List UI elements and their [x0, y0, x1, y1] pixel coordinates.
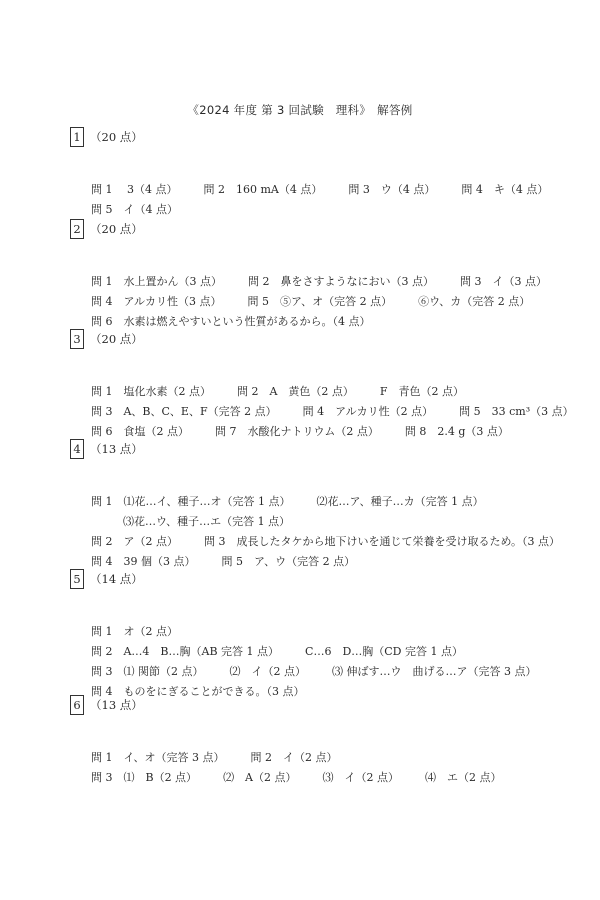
answer-item: 問 3 成長したタケから地下けいを通じて栄養を受け取るため。（3 点） [204, 532, 560, 552]
section-number-box: 5 [70, 569, 84, 589]
answer-item: ⑵ A（2 点） [223, 768, 296, 788]
answer-item: ⑵ イ（2 点） [229, 662, 306, 682]
section-header: 6 （13 点） [70, 695, 550, 715]
answer-item: 問 3 ウ（4 点） [348, 180, 435, 200]
answer-item: 問 2 A…4 B…胸（AB 完答 1 点） [91, 642, 279, 662]
answer-item: ⑥ウ、カ（完答 2 点） [418, 292, 530, 312]
section-number-box: 2 [70, 219, 84, 239]
answer-item: ⑶ イ（2 点） [323, 768, 400, 788]
section-header: 4 （13 点） [70, 439, 550, 459]
section-4: 4 （13 点） 問 1 ⑴花…イ、種子…オ（完答 1 点）⑵花…ア、種子…カ（… [70, 439, 550, 552]
answer-line: 問 1 オ（2 点） [70, 602, 550, 622]
answer-item: 問 1 イ、オ（完答 3 点） [91, 748, 225, 768]
section-number-box: 6 [70, 695, 84, 715]
section-1: 1 （20 点） 問 1 3（4 点）問 2 160 mA（4 点）問 3 ウ（… [70, 127, 550, 200]
section-3: 3 （20 点） 問 1 塩化水素（2 点）問 2 A 黄色（2 点）F 青色（… [70, 329, 550, 422]
document-title: 《2024 年度 第 3 回試験 理科》 解答例 [0, 102, 600, 118]
answer-item: 問 1 3（4 点） [91, 180, 178, 200]
answer-item: F 青色（2 点） [380, 382, 464, 402]
answer-item: 問 3 ⑴ 関節（2 点） [91, 662, 204, 682]
answer-item: 問 1 塩化水素（2 点） [91, 382, 211, 402]
section-6: 6 （13 点） 問 1 イ、オ（完答 3 点）問 2 イ（2 点） 問 3 ⑴… [70, 695, 550, 768]
section-points: （20 点） [90, 221, 143, 237]
section-points: （14 点） [90, 571, 143, 587]
section-number-box: 1 [70, 127, 84, 147]
answer-item: 問 4 アルカリ性（2 点） [303, 402, 434, 422]
section-2: 2 （20 点） 問 1 水上置かん（3 点）問 2 鼻をさすようなにおい（3 … [70, 219, 550, 312]
answer-item: 問 2 鼻をさすようなにおい（3 点） [248, 272, 434, 292]
answer-item: 問 4 アルカリ性（3 点） [91, 292, 222, 312]
answer-item: 問 3 ⑴ B（2 点） [91, 768, 197, 788]
answer-item: 問 2 ア（2 点） [91, 532, 178, 552]
answer-item: 問 2 A 黄色（2 点） [237, 382, 354, 402]
answer-item: C…6 D…胸（CD 完答 1 点） [305, 642, 463, 662]
answer-item: ⑷ エ（2 点） [425, 768, 502, 788]
answer-item: ⑵花…ア、種子…カ（完答 1 点） [316, 492, 483, 512]
answer-item: ⑶ 伸ばす…ウ 曲げる…ア（完答 3 点） [332, 662, 537, 682]
answer-item: ⑶花…ウ、種子…エ（完答 1 点） [123, 512, 290, 532]
answer-line: 問 1 イ、オ（完答 3 点）問 2 イ（2 点） [70, 728, 550, 748]
section-number-box: 4 [70, 439, 84, 459]
answer-item: 問 3 A、B、C、E、F（完答 2 点） [91, 402, 277, 422]
section-points: （13 点） [90, 441, 143, 457]
section-points: （20 点） [90, 331, 143, 347]
section-header: 1 （20 点） [70, 127, 550, 147]
section-points: （20 点） [90, 129, 143, 145]
answer-line: 問 1 3（4 点）問 2 160 mA（4 点）問 3 ウ（4 点）問 4 キ… [70, 160, 550, 180]
section-header: 5 （14 点） [70, 569, 550, 589]
answer-item: 問 5 33 cm³（3 点） [459, 402, 574, 422]
answer-line: 問 1 水上置かん（3 点）問 2 鼻をさすようなにおい（3 点）問 3 イ（3… [70, 252, 550, 272]
answer-item: 問 3 イ（3 点） [460, 272, 547, 292]
section-header: 2 （20 点） [70, 219, 550, 239]
answer-item: 問 4 キ（4 点） [461, 180, 548, 200]
answer-item: 問 2 160 mA（4 点） [203, 180, 322, 200]
section-number-box: 3 [70, 329, 84, 349]
answer-item: 問 2 イ（2 点） [250, 748, 337, 768]
answer-line: 問 1 塩化水素（2 点）問 2 A 黄色（2 点）F 青色（2 点） [70, 362, 550, 382]
section-5: 5 （14 点） 問 1 オ（2 点） 問 2 A…4 B…胸（AB 完答 1 … [70, 569, 550, 682]
answer-item: 問 5 ⑤ア、オ（完答 2 点） [248, 292, 393, 312]
answer-item: 問 5 イ（4 点） [91, 200, 178, 220]
answer-item: 問 1 ⑴花…イ、種子…オ（完答 1 点） [91, 492, 291, 512]
section-points: （13 点） [90, 697, 143, 713]
answer-item: 問 1 オ（2 点） [91, 622, 178, 642]
answer-line: 問 1 ⑴花…イ、種子…オ（完答 1 点）⑵花…ア、種子…カ（完答 1 点） [70, 472, 550, 492]
section-header: 3 （20 点） [70, 329, 550, 349]
answer-item: 問 1 水上置かん（3 点） [91, 272, 222, 292]
